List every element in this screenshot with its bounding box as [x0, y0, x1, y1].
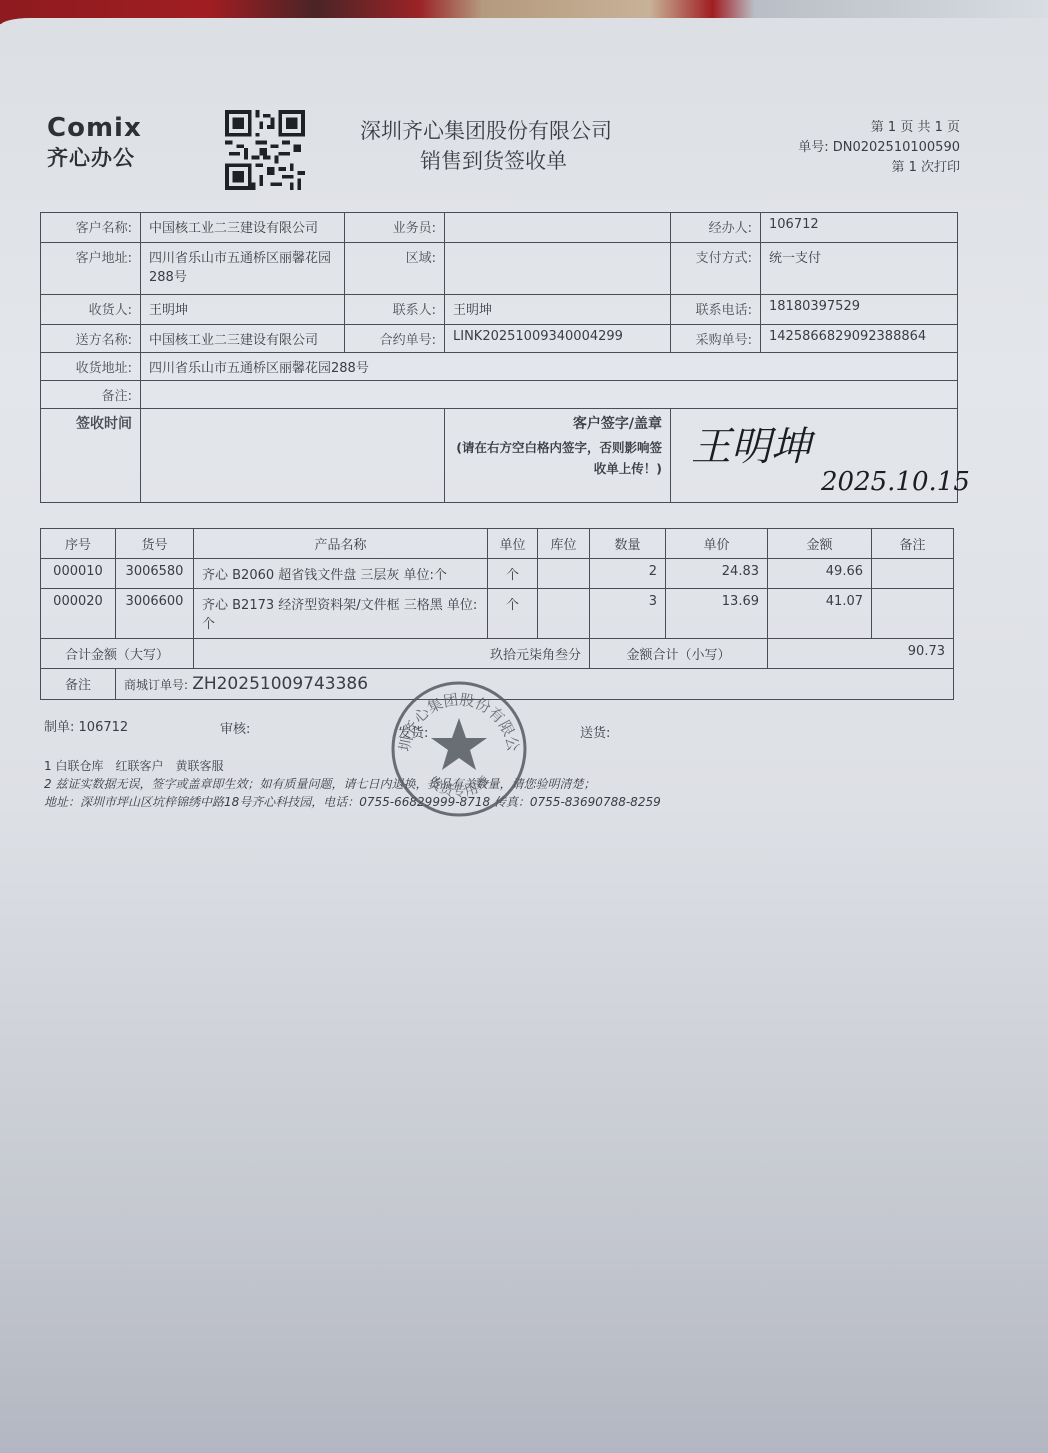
total-row: 合计金额（大写） 玖拾元柒角叁分 金额合计（小写） 90.73: [41, 639, 954, 669]
contact-label: 联系人:: [345, 295, 445, 325]
delivery-address: 四川省乐山市五通桥区丽馨花园288号: [141, 353, 958, 381]
receiver: 王明坤: [141, 295, 345, 325]
customer-address: 四川省乐山市五通桥区丽馨花园288号: [141, 243, 345, 295]
delivery-address-label: 收货地址:: [41, 353, 141, 381]
mall-order-label: 商城订单号:: [124, 678, 188, 692]
info-row: 备注:: [41, 381, 958, 409]
row-sku: 3006600: [116, 589, 194, 639]
total-upper: 玖拾元柒角叁分: [194, 639, 590, 669]
maker: 制单: 106712: [44, 716, 128, 735]
company-name: 深圳齐心集团股份有限公司: [360, 115, 612, 145]
table-row: 000010 3006580 齐心 B2060 超省钱文件盘 三层灰 单位:个 …: [41, 559, 954, 589]
remarks: [141, 381, 958, 409]
doc-number-line: 单号: DN0202510100590: [798, 136, 960, 155]
salesperson-label: 业务员:: [345, 213, 445, 243]
sign-instruction: 客户签字/盖章 (请在右方空白格内签字，否则影响签收单上传！): [445, 409, 671, 503]
deliver-label: 送货:: [580, 722, 610, 741]
handler-label: 经办人:: [671, 213, 761, 243]
row-product-name: 齐心 B2060 超省钱文件盘 三层灰 单位:个: [194, 559, 488, 589]
row-quantity: 3: [590, 589, 666, 639]
customer-name: 中国核工业二三建设有限公司: [141, 213, 345, 243]
total-lower-label: 金额合计（小写）: [590, 639, 768, 669]
mall-order: 商城订单号: ZH20251009743386: [116, 669, 954, 700]
row-location: [538, 589, 590, 639]
sign-time: [141, 409, 445, 503]
handwritten-date: 2025.10.15: [821, 467, 970, 497]
doc-number-label: 单号:: [798, 140, 828, 155]
total-lower: 90.73: [768, 639, 954, 669]
phone: 18180397529: [761, 295, 958, 325]
row-seq: 000010: [41, 559, 116, 589]
star-icon: [431, 718, 487, 770]
contract-label: 合约单号:: [345, 325, 445, 353]
row-unit-price: 13.69: [666, 589, 768, 639]
items-table: 序号 货号 产品名称 单位 库位 数量 单价 金额 备注 000010 3006…: [40, 528, 954, 700]
svg-text:发货专用章: 发货专用章: [425, 773, 493, 801]
col-unit-price: 单价: [666, 529, 768, 559]
handler: 106712: [761, 213, 958, 243]
salesperson: [445, 213, 671, 243]
contact: 王明坤: [445, 295, 671, 325]
row-note: [872, 589, 954, 639]
row-seq: 000020: [41, 589, 116, 639]
phone-label: 联系电话:: [671, 295, 761, 325]
info-row: 收货地址: 四川省乐山市五通桥区丽馨花园288号: [41, 353, 958, 381]
document-title: 销售到货签收单: [420, 145, 567, 175]
col-sku: 货号: [116, 529, 194, 559]
sign-label: 客户签字/盖章: [453, 413, 662, 437]
region: [445, 243, 671, 295]
customer-name-label: 客户名称:: [41, 213, 141, 243]
maker-label: 制单:: [44, 720, 74, 735]
row-unit: 个: [488, 589, 538, 639]
signature-row: 签收时间 客户签字/盖章 (请在右方空白格内签字，否则影响签收单上传！) 王明坤…: [41, 409, 958, 503]
review-label: 审核:: [220, 718, 250, 737]
qr-code-icon: [225, 110, 305, 190]
col-quantity: 数量: [590, 529, 666, 559]
address-line: 地址：深圳市坪山区坑梓锦绣中路18号齐心科技园，电话：0755-66829999…: [44, 793, 661, 810]
customer-address-label: 客户地址:: [41, 243, 141, 295]
handwritten-signature: 王明坤: [691, 415, 811, 472]
col-location: 库位: [538, 529, 590, 559]
signature-box[interactable]: 王明坤 2025.10.15: [671, 409, 958, 503]
purchase-number: 1425866829092388864: [761, 325, 958, 353]
row-unit-price: 24.83: [666, 559, 768, 589]
mall-order-number: ZH20251009743386: [192, 674, 368, 694]
row-location: [538, 559, 590, 589]
row-quantity: 2: [590, 559, 666, 589]
region-label: 区域:: [345, 243, 445, 295]
row-product-name: 齐心 B2173 经济型资料架/文件框 三格黑 单位:个: [194, 589, 488, 639]
doc-number: DN0202510100590: [833, 140, 960, 155]
brand-logo-cn: 齐心办公: [47, 142, 135, 172]
col-seq: 序号: [41, 529, 116, 559]
brand-logo-en: Comix: [47, 113, 142, 143]
row-amount: 41.07: [768, 589, 872, 639]
col-note: 备注: [872, 529, 954, 559]
maker-value: 106712: [79, 720, 129, 735]
payment-label: 支付方式:: [671, 243, 761, 295]
row-note: [872, 559, 954, 589]
contract-number: LINK20251009340004299: [445, 325, 671, 353]
ship-to: 中国核工业二三建设有限公司: [141, 325, 345, 353]
total-upper-label: 合计金额（大写）: [41, 639, 194, 669]
page-info: 第 1 页 共 1 页: [871, 116, 960, 135]
sign-note: (请在右方空白格内签字，否则影响签收单上传！): [453, 437, 662, 480]
print-count: 第 1 次打印: [891, 156, 960, 175]
col-amount: 金额: [768, 529, 872, 559]
sign-time-label: 签收时间: [41, 409, 141, 503]
info-row: 收货人: 王明坤 联系人: 王明坤 联系电话: 18180397529: [41, 295, 958, 325]
col-product-name: 产品名称: [194, 529, 488, 559]
receiver-label: 收货人:: [41, 295, 141, 325]
row-amount: 49.66: [768, 559, 872, 589]
ship-to-label: 送方名称:: [41, 325, 141, 353]
row-sku: 3006580: [116, 559, 194, 589]
row-unit: 个: [488, 559, 538, 589]
purchase-label: 采购单号:: [671, 325, 761, 353]
items-header-row: 序号 货号 产品名称 单位 库位 数量 单价 金额 备注: [41, 529, 954, 559]
col-unit: 单位: [488, 529, 538, 559]
info-row: 客户地址: 四川省乐山市五通桥区丽馨花园288号 区域: 支付方式: 统一支付: [41, 243, 958, 295]
payment: 统一支付: [761, 243, 958, 295]
table-row: 000020 3006600 齐心 B2173 经济型资料架/文件框 三格黑 单…: [41, 589, 954, 639]
info-row: 送方名称: 中国核工业二三建设有限公司 合约单号: LINK2025100934…: [41, 325, 958, 353]
remarks-label: 备注:: [41, 381, 141, 409]
remark-label: 备注: [41, 669, 116, 700]
copies-note: 1 白联仓库 红联客户 黄联客服: [44, 757, 223, 774]
info-row: 客户名称: 中国核工业二三建设有限公司 业务员: 经办人: 106712: [41, 213, 958, 243]
customer-info-table: 客户名称: 中国核工业二三建设有限公司 业务员: 经办人: 106712 客户地…: [40, 212, 958, 503]
company-seal-stamp: 深圳齐心集团股份有限公司 发货专用章: [388, 678, 530, 820]
